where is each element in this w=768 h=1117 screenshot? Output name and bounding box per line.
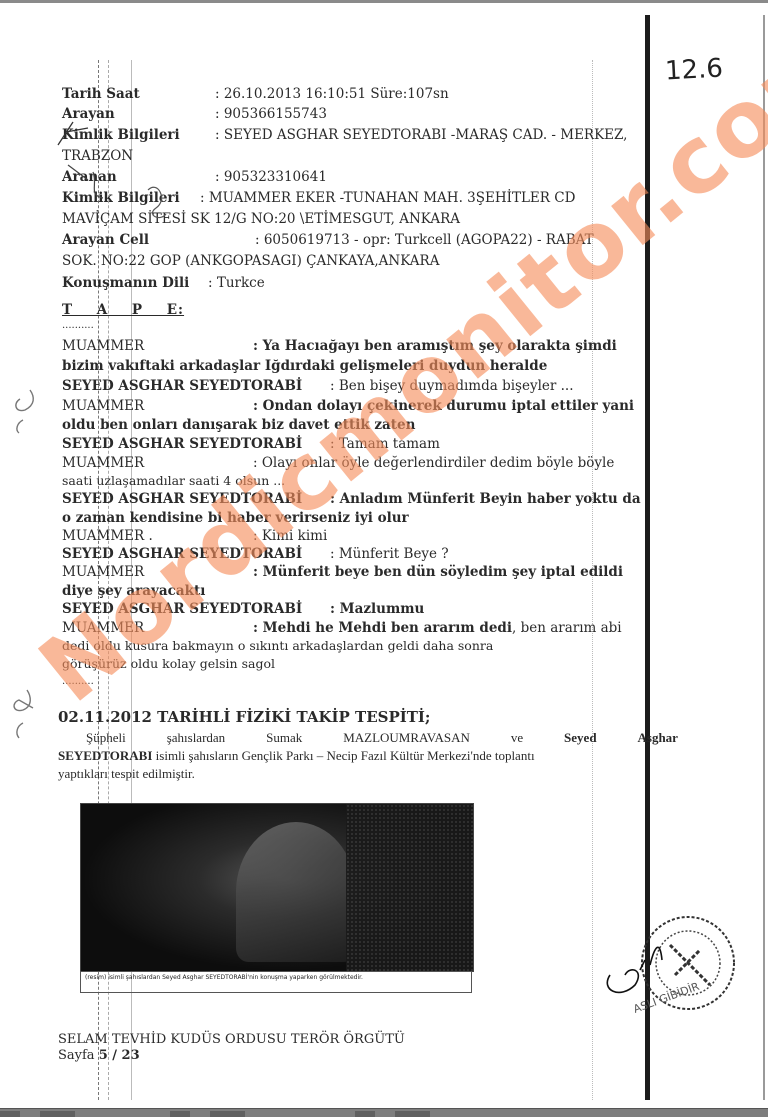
speaker-label: SEYED ASGHAR SEYEDTORABİ [62,378,302,394]
speech-text: : Mehdi he Mehdi ben ararım dedi, ben ar… [253,620,622,636]
speech-text: : Ya Hacıağayı ben aramıştım şey olarakt… [253,338,617,354]
svg-text:ASLI GİBİDİR: ASLI GİBİDİR [632,980,702,1016]
field-value-arayan-cell-cont: SOK. NO:22 GOP (ANKGOPASAGI) ÇANKAYA,ANK… [62,253,439,269]
ellipsis-start: .......... [62,320,94,331]
handwritten-annotation-icon [48,110,188,240]
speech-text-cont: oldu ben onları danışarak biz davet etti… [62,417,415,433]
para-rest: isimli şahısların Gençlik Parkı – Necip … [152,748,534,763]
speech-text-cont: o zaman kendisine bi haber verirseniz iy… [62,510,409,526]
field-value-aranan: : 905323310641 [215,169,327,185]
speaker-label: MUAMMER [62,398,144,414]
field-value-dil: : Turkce [208,275,265,291]
speaker-label: SEYED ASGHAR SEYEDTORABİ [62,601,302,617]
speech-text-cont: görüşürüz oldu kolay gelsin sagol [62,656,275,671]
speech-text-bold: : Mehdi he Mehdi ben ararım dedi [253,620,512,636]
footer-page-number: 5 / 23 [99,1048,140,1063]
speech-text-cont: diye şey arayacaktı [62,583,205,599]
speaker-label: MUAMMER [62,455,144,471]
speaker-label: SEYED ASGHAR SEYEDTORABİ [62,546,302,562]
para-word: Sumak [266,730,302,746]
speech-text: : Ondan dolayı çekinerek durumu iptal et… [253,398,634,414]
field-label-dil: Konuşmanın Dili [62,275,189,291]
speaker-label: MUAMMER [62,620,144,636]
ellipsis-end: .......... [62,676,94,687]
speech-text: : Ben bişey duymadımda bişeyler ... [330,378,574,394]
speech-text: : Tamam tamam [330,436,440,452]
speech-text: : Münferit Beye ? [330,546,449,562]
field-value-arayan-cell: : 6050619713 - opr: Turkcell (AGOPA22) -… [255,232,594,248]
field-value-kimlik-arayan: : SEYED ASGHAR SEYEDTORABI -MARAŞ CAD. -… [215,127,627,143]
para-name-bold: SEYEDTORABI [58,748,152,763]
footer-page-label: Sayfa [58,1048,95,1063]
para-word: şahıslardan [167,730,225,746]
speech-text: : Anladım Münferit Beyin haber yoktu da [330,491,641,507]
handwritten-page-number: 12.6 [664,54,723,87]
photo-caption: (resim) isimli şahıslardan Seyed Asghar … [80,971,472,993]
surveillance-photo [80,803,474,972]
section-title: 02.11.2012 TARİHLİ FİZİKİ TAKİP TESPİTİ; [58,708,430,726]
speaker-label: SEYED ASGHAR SEYEDTORABİ [62,491,302,507]
speech-text-cont: dedi oldu kusura bakmayın o sıkıntı arka… [62,638,493,653]
para-word: ve [511,730,523,746]
photo-person-silhouette [236,822,356,962]
paragraph-line-1: Şüpheli şahıslardan Sumak MAZLOUMRAVASAN… [58,730,678,746]
para-word: Asghar [638,730,678,746]
margin-handwriting-icon [5,688,45,743]
tape-heading: T A P E: [62,302,184,318]
speech-text: : Olayı onlar öyle değerlendirdiler dedi… [253,455,614,471]
speech-text: : Mazlummu [330,601,424,617]
field-value-kimlik-aranan: : MUAMMER EKER -TUNAHAN MAH. 3ŞEHİTLER C… [200,190,575,206]
paragraph-line-3: yaptıkları tespit edilmiştir. [58,766,195,782]
field-value-arayan: : 905366155743 [215,106,327,122]
speaker-label: MUAMMER [62,564,144,580]
speaker-label: SEYED ASGHAR SEYEDTORABİ [62,436,302,452]
speaker-label: MUAMMER . [62,528,153,544]
paragraph-line-2: SEYEDTORABI isimli şahısların Gençlik Pa… [58,748,535,764]
para-word: Seyed [564,730,597,746]
photo-background-panel [346,804,473,971]
field-value-tarih-saat: : 26.10.2013 16:10:51 Süre:107sn [215,86,449,102]
speaker-label: MUAMMER [62,338,144,354]
speech-text: : Kimi kimi [253,528,327,544]
speech-text-cont: saati uzlaşamadılar saati 4 olsun ... [62,473,285,488]
para-word: Şüpheli [86,730,126,746]
document-page: 12.6 Tarih Saat : 26.10.2013 16:10:51 Sü… [0,0,768,1117]
speech-text-cont: bizim vakıftaki arkadaşlar Iğdırdaki gel… [62,358,547,374]
footer-organization: SELAM TEVHİD KUDÜS ORDUSU TERÖR ÖRGÜTÜ [58,1032,405,1047]
speech-text: : Münferit beye ben dün söyledim şey ipt… [253,564,623,580]
margin-handwriting-icon [5,385,45,435]
field-label-tarih-saat: Tarih Saat [62,86,140,102]
footer-page: Sayfa 5 / 23 [58,1048,140,1063]
speech-text-rest: , ben ararım abi [512,620,622,636]
para-word: MAZLOUMRAVASAN [343,730,470,746]
official-stamp-icon: ASLI GİBİDİR [600,905,740,1025]
